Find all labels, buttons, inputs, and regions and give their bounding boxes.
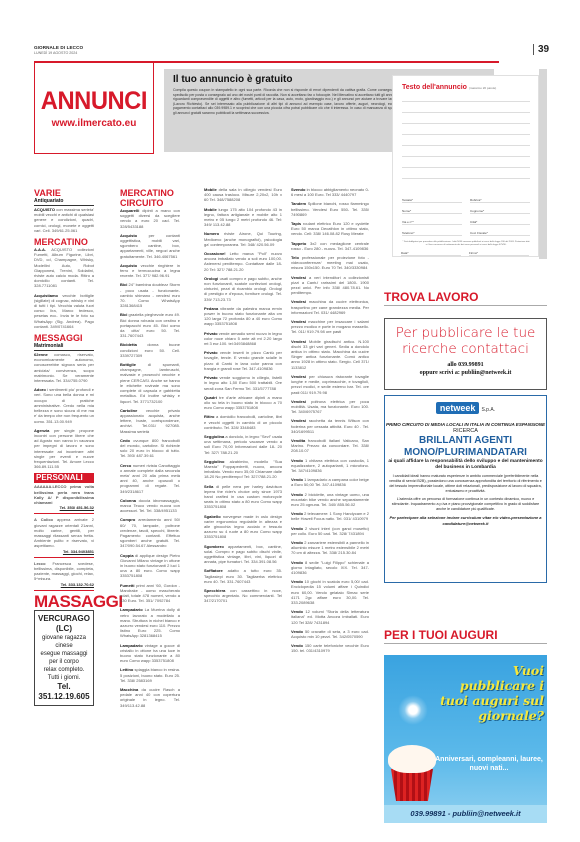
ad-line: Tutti i giorni. — [37, 674, 91, 682]
field-citta[interactable]: Città* — [470, 220, 530, 225]
classified-ad: Privato vende armadio semi nuovo in legn… — [204, 331, 282, 347]
ad-text: a domicilio francobolli, cartoline, libr… — [204, 414, 282, 429]
classified-ad: Telo professionale per proiezione foto -… — [291, 255, 369, 271]
classified-ad: A Colico appena arrivate 2 giovani ragaz… — [34, 516, 94, 557]
classified-ad: Vendesi macchine per insaccare i salami … — [291, 319, 369, 335]
ad-text: di spumanti, champagne, lambruschi, malv… — [120, 362, 180, 403]
ad-text-line[interactable] — [402, 145, 530, 146]
lavoro-phone: allo 039.99891 — [385, 361, 546, 369]
classified-ad: Adoro i sentimenti piu' profondi e veri.… — [34, 387, 94, 423]
ad-line: per il corpo — [37, 658, 91, 666]
classified-ad: Vendita francobolli italiani Vaticano, S… — [291, 438, 369, 454]
ad-text: graziella pieghevole euro 49. Bici donna… — [120, 312, 180, 338]
field-nome[interactable]: Nome* — [402, 209, 462, 214]
ad-text-line[interactable] — [402, 156, 530, 157]
classified-ad: Bici graziella pieghevole euro 49. Bici … — [120, 312, 180, 338]
ad-text-line[interactable] — [402, 134, 530, 135]
subheading-matrimoniali: Matrimoniali — [34, 343, 94, 351]
classified-ad: Vendo 8 sedie "Luigi Filippo" schienale … — [291, 560, 369, 576]
field-codice-fiscale[interactable]: Cod. Fiscale* — [470, 231, 530, 236]
netweek-requirements: I candidati ideali hanno maturato esperi… — [385, 474, 546, 494]
classified-ad: Compro arredamento anni 50/ 60/ 70, lamp… — [120, 517, 180, 548]
classified-ad: Vendesi per chiusura ristorante tovaglie… — [291, 374, 369, 395]
trova-lavoro-ad: Per pubblicare le tue ricerche contattac… — [384, 318, 547, 390]
classified-ad: Occasione! Letto marca "Poli" nuovo anco… — [204, 251, 282, 272]
classified-ad: Soffiatore adatto a tutto euro 35. Tagli… — [204, 568, 282, 584]
classified-ad: Ritiro a domicilio francobolli, cartolin… — [204, 414, 282, 430]
classified-ad: Lampadario La Murrina dolly di vetro lav… — [120, 607, 180, 638]
issue-date: LUNEDÌ 19 AGOSTO 2024 — [34, 51, 77, 55]
netweek-job-ad: netweekS.p.A. PRIMO CIRCUITO DI MEDIA LO… — [384, 395, 547, 583]
classified-ad: Bici 24" bambina doublezz Storm - poco u… — [120, 282, 180, 308]
ad-text: 10 giochi in scatola euro 5,00/ cad. Enc… — [291, 579, 369, 605]
heading-massaggi: MASSAGGI — [34, 599, 94, 604]
classified-ad: Quadri tre d'arte africane dipinti a man… — [204, 395, 282, 411]
classified-ad: Vendo 50 cravatte di seta, a 3 euro cad.… — [291, 629, 369, 639]
classified-ad: Acquisto per contanti oggettistica, mobi… — [120, 233, 180, 259]
ad-text: 24" bambina doublezz Storm - poco usata … — [120, 282, 180, 308]
ad-text: 2 biciclette, una vintage uomo, una moun… — [291, 492, 369, 507]
classified-ad: Pedana vibrante da palestra marca ermin … — [204, 306, 282, 327]
classified-ad: Seggiolina a dondolo, in legno "Sevi" us… — [204, 434, 282, 455]
classified-ad: Orologi usati compro e pago subito, anch… — [204, 276, 282, 302]
ad-text: lungo 175 alto 104 profondo 43 in legno,… — [204, 207, 282, 228]
classified-ad: Vendo 2 biciclette, una vintage uomo, un… — [291, 492, 369, 508]
ad-line: giovane ragazza cinese — [37, 634, 91, 650]
classified-ad: Privato vende inserti in pizzo Cantù per… — [204, 350, 282, 371]
ad-line: esegue massaggi — [37, 650, 91, 658]
netweek-subheadline: ai quali affidare la responsabilità dell… — [385, 459, 546, 471]
column-2: MERCATINO CIRCUITO Acquarelli dipinti a … — [120, 185, 180, 712]
newspaper-name: GIORNALE DI LECCO — [34, 45, 83, 50]
ad-text: numeri rivista Canottaggio o annate comp… — [120, 463, 180, 494]
classified-ad: Acquisto vecchie ringhiere in ferro e te… — [120, 263, 180, 279]
form-title: Testo dell'annuncio (massimo 20 parole) — [402, 84, 496, 91]
ad-text: arredamento anni 50/ 60/ 70, lampade, po… — [120, 517, 180, 548]
ad-text: 12 volumi "Storia della letteratura ital… — [291, 609, 369, 624]
classified-ad: Acquarelli dipinti a mano con soggetti d… — [120, 208, 180, 229]
sparkler-icon — [398, 695, 428, 725]
classified-ad: Sella di pelle nera per harley davidson … — [204, 484, 282, 510]
ad-text: Mobile giradischi antico. N.100 dischi 3… — [291, 339, 369, 370]
classified-ad: Mobile lungo 175 alto 104 profondo 43 in… — [204, 207, 282, 228]
classified-ad: Vendo 2 zanzariere estensibili a pannell… — [291, 540, 369, 556]
classified-ad: Coppia di applique design Pietro Giovann… — [120, 553, 180, 579]
field-data[interactable]: Data* — [401, 251, 461, 256]
heading-mercatino: MERCATINO — [34, 237, 94, 247]
netweek-offer: L'azienda offre un percorso di formazion… — [385, 497, 546, 512]
classified-ad: Cerco numeri rivista Canottaggio o annat… — [120, 463, 180, 494]
classified-ad: Agenzia per single propone incontri con … — [34, 428, 94, 470]
classified-ad: Macchina da cucire Rasch a pedale anni 4… — [120, 687, 180, 708]
classified-ad: Cartoline vecchie privato appassionato a… — [120, 408, 180, 434]
ad-text: della sala in ciliegio vendesi Euro 400 … — [204, 187, 282, 202]
ad-text: di pelle nera per harley davidson lepera… — [204, 484, 282, 510]
ad-text: 8 sedie "Luigi Filippo" schienale a gior… — [291, 560, 369, 575]
ad-phone: Tel. 353/ 451.56.32 — [34, 505, 94, 510]
classified-ad: Vendo 10 giochi in scatola euro 5,00/ ca… — [291, 579, 369, 605]
classified-ad: AAAAAA.LECCO prima volta bellissima perl… — [34, 483, 94, 514]
classified-ad: Vendesi a veri intenditori a collezionis… — [291, 275, 369, 296]
ad-text-line[interactable] — [402, 112, 530, 113]
classified-ad: Vendo 2 telecamere: 1 Sony Handycam e 2 … — [291, 511, 369, 521]
classified-ad: Specchiera con cassettino in noce, specc… — [204, 588, 282, 604]
ad-text: roulant elettrico Euro 120 e cyclette Eu… — [291, 221, 369, 236]
field-rubrica[interactable]: Rubrica* — [470, 198, 530, 203]
info-title: Il tuo annuncio è gratuito — [173, 74, 292, 85]
ad-line: VERCURAGO — [37, 614, 91, 624]
heading-trova-lavoro: TROVA LAVORO — [384, 290, 547, 306]
classified-ad: Sgombero appartamenti, box, cantine, sol… — [204, 544, 282, 565]
trova-lavoro-section: TROVA LAVORO — [384, 290, 547, 306]
ad-text: La Murrina dolly di vetro lavorato a mod… — [120, 607, 180, 638]
netweek-headline: BRILLANTI AGENTI MONO/PLURIMANDATARI — [385, 435, 546, 458]
classified-ad: Sgabello norvegese made in oslo design v… — [204, 514, 282, 540]
form-frame — [539, 69, 547, 259]
ad-text: 2 visoni interi (con ganci musetto) per … — [291, 526, 369, 536]
section-brand: ANNUNCI www.ilmercato.eu — [34, 62, 154, 154]
field-testata[interactable]: Testata* — [402, 198, 462, 203]
classified-ad: Bicidetta donna buone condizioni euro 50… — [120, 342, 180, 358]
classified-ad: Seggiolino alzabimbo, modello "Sua Maest… — [204, 459, 282, 480]
classified-ad: Tandem Spillone bianchi, rosso fiammingo… — [291, 201, 369, 217]
classified-ad: Vendesi poltrona elettrica per poca mobi… — [291, 399, 369, 415]
classified-ad: Vendo 2 visoni interi (con ganci musetto… — [291, 526, 369, 536]
ad-text: 50 cravatte di seta, a 3 euro cad. Acqui… — [291, 629, 369, 639]
ad-text-line[interactable] — [402, 178, 530, 179]
form-subtitle: (massimo 20 parole) — [469, 86, 496, 90]
classified-ad: A.A.A. ACQUISTO collezioni Fumetti, Albu… — [34, 247, 94, 289]
column-3: Mobile della sala in ciliegio vendesi Eu… — [204, 187, 282, 608]
classified-ad: ACQUISTO con massima serieta' mobili vec… — [34, 207, 94, 233]
ad-text: 150 carte telefoniche vecchie Euro 150. … — [291, 643, 369, 653]
auguri-contact[interactable]: 039.99891 - publiin@netweek.it — [384, 805, 547, 823]
classified-ad: Vendo 12 volumi "Storia della letteratur… — [291, 609, 369, 625]
classified-ad: Cedo ovunque 800 francobolli del mondo, … — [120, 438, 180, 459]
cupcake-icon — [388, 745, 436, 805]
netweek-spa: S.p.A. — [481, 407, 495, 413]
heading-varie: VARIE — [34, 188, 94, 198]
website-link[interactable]: www.ilmercato.eu — [52, 118, 137, 129]
heading-mercatino-circuito: MERCATINO CIRCUITO — [120, 188, 180, 208]
ad-coupon-form: Testo dell'annuncio (massimo 20 parole) … — [392, 75, 539, 257]
classified-ad: Lecco Francesca svedese, bellissima, dis… — [34, 560, 94, 591]
ad-text-line[interactable] — [402, 123, 530, 124]
lavoro-headline: Per pubblicare le tue ricerche contattac… — [385, 325, 546, 357]
classified-ad: Svendo in blocco abbigliamento neonato 0… — [291, 187, 369, 197]
lavoro-email[interactable]: oppure scrivi a: publiin@netweek.it — [385, 369, 546, 377]
info-text: Compila questo coupon in stampatello in … — [173, 88, 398, 116]
classified-ad: 62enne comasco, riservato, economicament… — [34, 352, 94, 383]
massaggi-display-ad: VERCURAGO (LC) giovane ragazza cinese es… — [34, 610, 94, 706]
auguri-ad: Vuoi pubblicare i tuoi auguri sul giorna… — [384, 655, 547, 823]
subheading-antiquariato: Antiquariato — [34, 198, 94, 206]
netweek-cta[interactable]: Per partecipare alla selezione inviare c… — [385, 515, 546, 526]
column-1: VARIE Antiquariato ACQUISTO con massima … — [34, 185, 94, 706]
classified-ad: Tapis roulant elettrico Euro 120 e cycle… — [291, 221, 369, 237]
classified-ad: Lampadario vintage a gocce di cristallo … — [120, 643, 180, 664]
classified-ad: Tappeto 3x2 con medaglione centrale ross… — [291, 241, 369, 251]
classified-ad: Acquistiamo vecchie bottiglie (sigillate… — [34, 293, 94, 329]
field-via[interactable]: Via e n°* — [402, 220, 462, 225]
ad-text: 2 telecamere: 1 Sony Handycam e 2 belle … — [291, 511, 369, 521]
field-firma[interactable]: Firma* — [469, 251, 529, 256]
classified-ad: Vendesi Mobile giradischi antico. N.100 … — [291, 339, 369, 370]
classified-ad: Vendesi macchina da cucire elettronica, … — [291, 299, 369, 315]
field-telefono[interactable]: Telefono* — [402, 231, 462, 236]
section-title: ANNUNCI — [41, 87, 147, 116]
ad-line: relax completo. — [37, 666, 91, 674]
classified-ad: Colonna doccia idromassaggio, marca Teuc… — [120, 498, 180, 514]
form-privacy-note: * Dati obbligatori per procedere alla pu… — [402, 241, 530, 247]
auguri-occasions: Anniversari, compleanni, lauree, nuovi n… — [434, 755, 544, 773]
heading-personali: PERSONALI — [34, 473, 94, 483]
ad-text-line[interactable] — [402, 101, 530, 102]
column-4: Svendo in blocco abbigliamento neonato 0… — [291, 187, 369, 658]
heading-messaggi: MESSAGGI — [34, 333, 94, 343]
form-title-text: Testo dell'annuncio — [402, 84, 467, 91]
classified-ad: Lettino spiaggia bianco in resina. 5 pos… — [120, 667, 180, 683]
heading-auguri: PER I TUOI AUGURI — [384, 628, 547, 644]
netweek-logo: netweek — [436, 402, 480, 414]
classified-ad: Mobile della sala in ciliegio vendesi Eu… — [204, 187, 282, 203]
ad-phone: Tel. 334.9403851 — [34, 549, 94, 554]
classified-ad: Vendesi racchetta da tennis Wilson con f… — [291, 418, 369, 434]
classified-ad: Vendo 1 lampadario a campana color beige… — [291, 477, 369, 487]
ad-text: 1 chitarra elettrica con custodia, 1 equ… — [291, 458, 369, 473]
auguri-section: PER I TUOI AUGURI — [384, 628, 547, 644]
ad-text: 2 zanzariere estensibili a pannello in a… — [291, 540, 369, 555]
ad-phone: Tel. 333.132.70.62 — [34, 582, 94, 587]
netweek-ricerca: RICERCA — [385, 428, 546, 435]
ad-text-line[interactable] — [402, 167, 530, 168]
classified-ad: Numero riviste Airone, Qui Touring, Medi… — [204, 231, 282, 247]
auguri-headline: Vuoi pubblicare i tuoi auguri sul giorna… — [434, 663, 544, 723]
ad-text: 1 lampadario a campana color beige a Eur… — [291, 477, 369, 487]
page-number: 39 — [533, 44, 549, 55]
classified-ad: Fumetti primi anni '60, Gordon - Mandrak… — [120, 583, 180, 604]
field-cognome[interactable]: Cognome* — [470, 209, 530, 214]
classified-ad: Privato vende soggiorno in ciliegio, lis… — [204, 375, 282, 391]
classified-ad: Vendo 1 chitarra elettrica con custodia,… — [291, 458, 369, 474]
ad-line: (LC) — [37, 624, 91, 634]
classified-ad: Vendo 150 carte telefoniche vecchie Euro… — [291, 643, 369, 653]
ad-text: professionale per proiezione foto - vide… — [291, 255, 369, 270]
classified-ad: Bottiglie di spumanti, champagne, lambru… — [120, 362, 180, 404]
ad-phone: Tel. 351.12.19.605 — [37, 682, 91, 702]
